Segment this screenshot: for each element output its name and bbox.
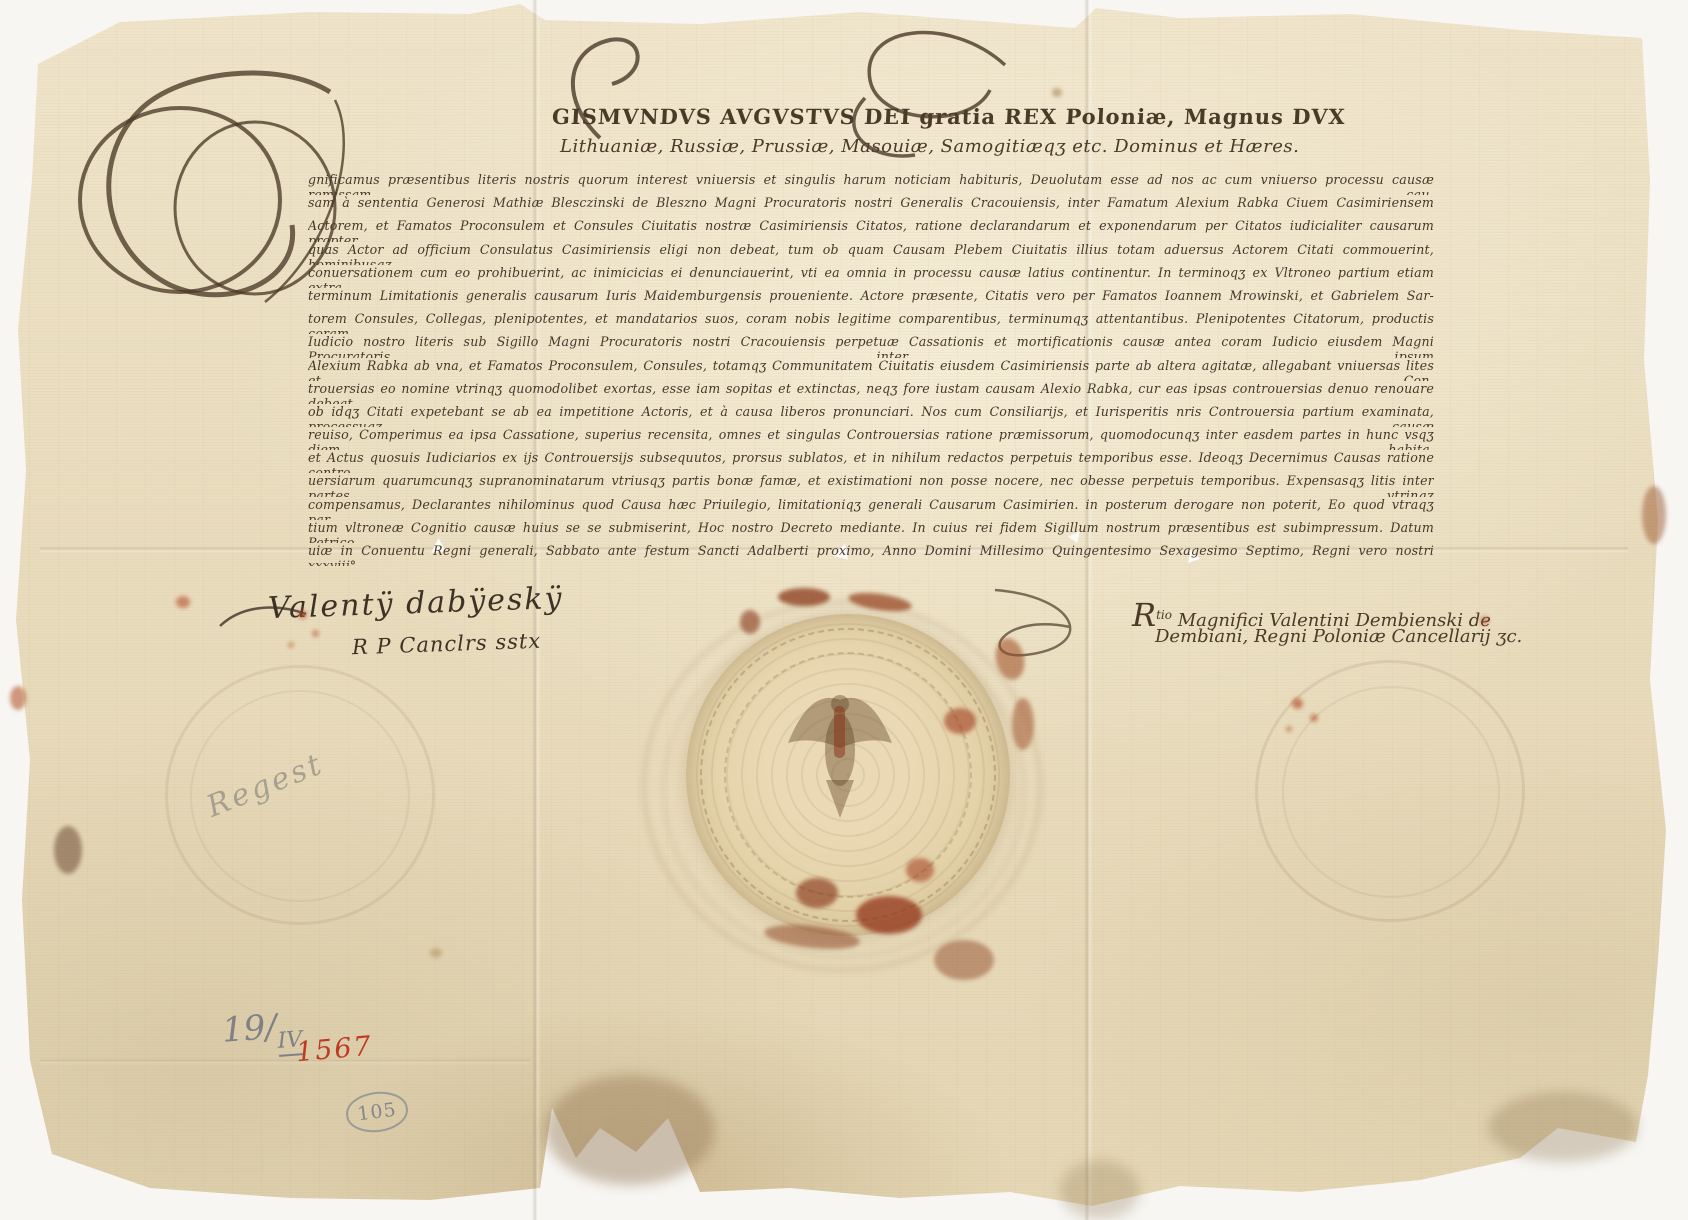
foxing-spot [1292, 698, 1303, 709]
edge-stain [10, 686, 26, 710]
catalog-number: 105 [356, 1099, 398, 1126]
seal-stain [796, 878, 838, 908]
foxing-spot [1480, 616, 1489, 625]
body-line: quas Actor ad officium Consulatus Casimi… [308, 242, 1434, 265]
body-line: uiæ in Conuentu Regni generali, Sabbato … [308, 543, 1434, 566]
royal-intitulation-line1: GISMVNDVS AVGVSTVS DEI gratia REX Poloni… [551, 104, 1212, 129]
seal-stain [1012, 698, 1034, 750]
body-line: ob idqʒ Citati expetebant se ab ea impet… [308, 404, 1434, 427]
tear-shading [1060, 1160, 1140, 1220]
seal-stain [856, 896, 922, 934]
edge-stain [1642, 486, 1666, 544]
charter-photograph: GISMVNDVS AVGVSTVS DEI gratia REX Poloni… [0, 0, 1688, 1220]
relatio-r-initial: R [1132, 596, 1156, 634]
foxing-spot [288, 642, 294, 648]
body-line: compensamus, Declarantes nihilominus quo… [308, 497, 1434, 520]
body-line: conuersationem cum eo prohibuerint, ac i… [308, 265, 1434, 288]
seal-stain [906, 858, 934, 882]
seal-stain [740, 610, 760, 634]
body-line: terminum Limitationis generalis causarum… [308, 288, 1434, 311]
pencil-date-day: 19/ [221, 1007, 278, 1051]
body-line: et Actus quosuis Iudiciarios ex ijs Cont… [308, 450, 1434, 473]
body-line: torem Consules, Collegas, plenipotentes,… [308, 311, 1434, 334]
pencil-date: 19/IV [221, 1005, 303, 1050]
body-line: Actorem, et Famatos Proconsulem et Consu… [308, 218, 1434, 241]
relatio-line2: Dembiani, Regni Poloniæ Cancellarij ʒc. [1155, 626, 1522, 647]
seal-stain [778, 588, 830, 606]
body-line: reuiso, Comperimus ea ipsa Cassatione, s… [308, 427, 1434, 450]
tear-shading [1488, 1092, 1638, 1162]
body-line: uersiarum quarumcunqʒ supranominatarum v… [308, 473, 1434, 496]
body-line: Iudicio nostro literis sub Sigillo Magni… [308, 334, 1434, 357]
relatio-superscript: tio [1156, 608, 1172, 622]
foxing-spot [1052, 88, 1062, 97]
edge-stain [54, 826, 82, 874]
seal-stain [934, 940, 994, 980]
foxing-spot [176, 596, 190, 608]
foxing-spot [298, 610, 307, 619]
foxing-spot [1286, 726, 1292, 732]
foxing-spot [1310, 714, 1318, 722]
body-line: trouersias eo nomine vtrinqʒ quomodolibe… [308, 381, 1434, 404]
fold-crease-bottom-left [40, 1058, 530, 1065]
foxing-spot [312, 630, 319, 637]
eagle-relief [770, 668, 910, 828]
royal-intitulation-line2: Lithuaniæ, Russiæ, Prussiæ, Masouiæ, Sam… [560, 136, 1180, 157]
body-line: Alexium Rabka ab vna, et Famatos Procons… [308, 358, 1434, 381]
tear-shading [545, 1075, 715, 1185]
body-line: sam à sententia Generosi Mathiæ Blesczin… [308, 195, 1434, 218]
body-line: tium vltroneæ Cognitio causæ huius se se… [308, 520, 1434, 543]
foxing-spot [430, 948, 442, 958]
seal-stain [944, 708, 976, 734]
body-text: gnificamus præsentibus literis nostris q… [308, 172, 1434, 566]
body-line: gnificamus præsentibus literis nostris q… [308, 172, 1434, 195]
